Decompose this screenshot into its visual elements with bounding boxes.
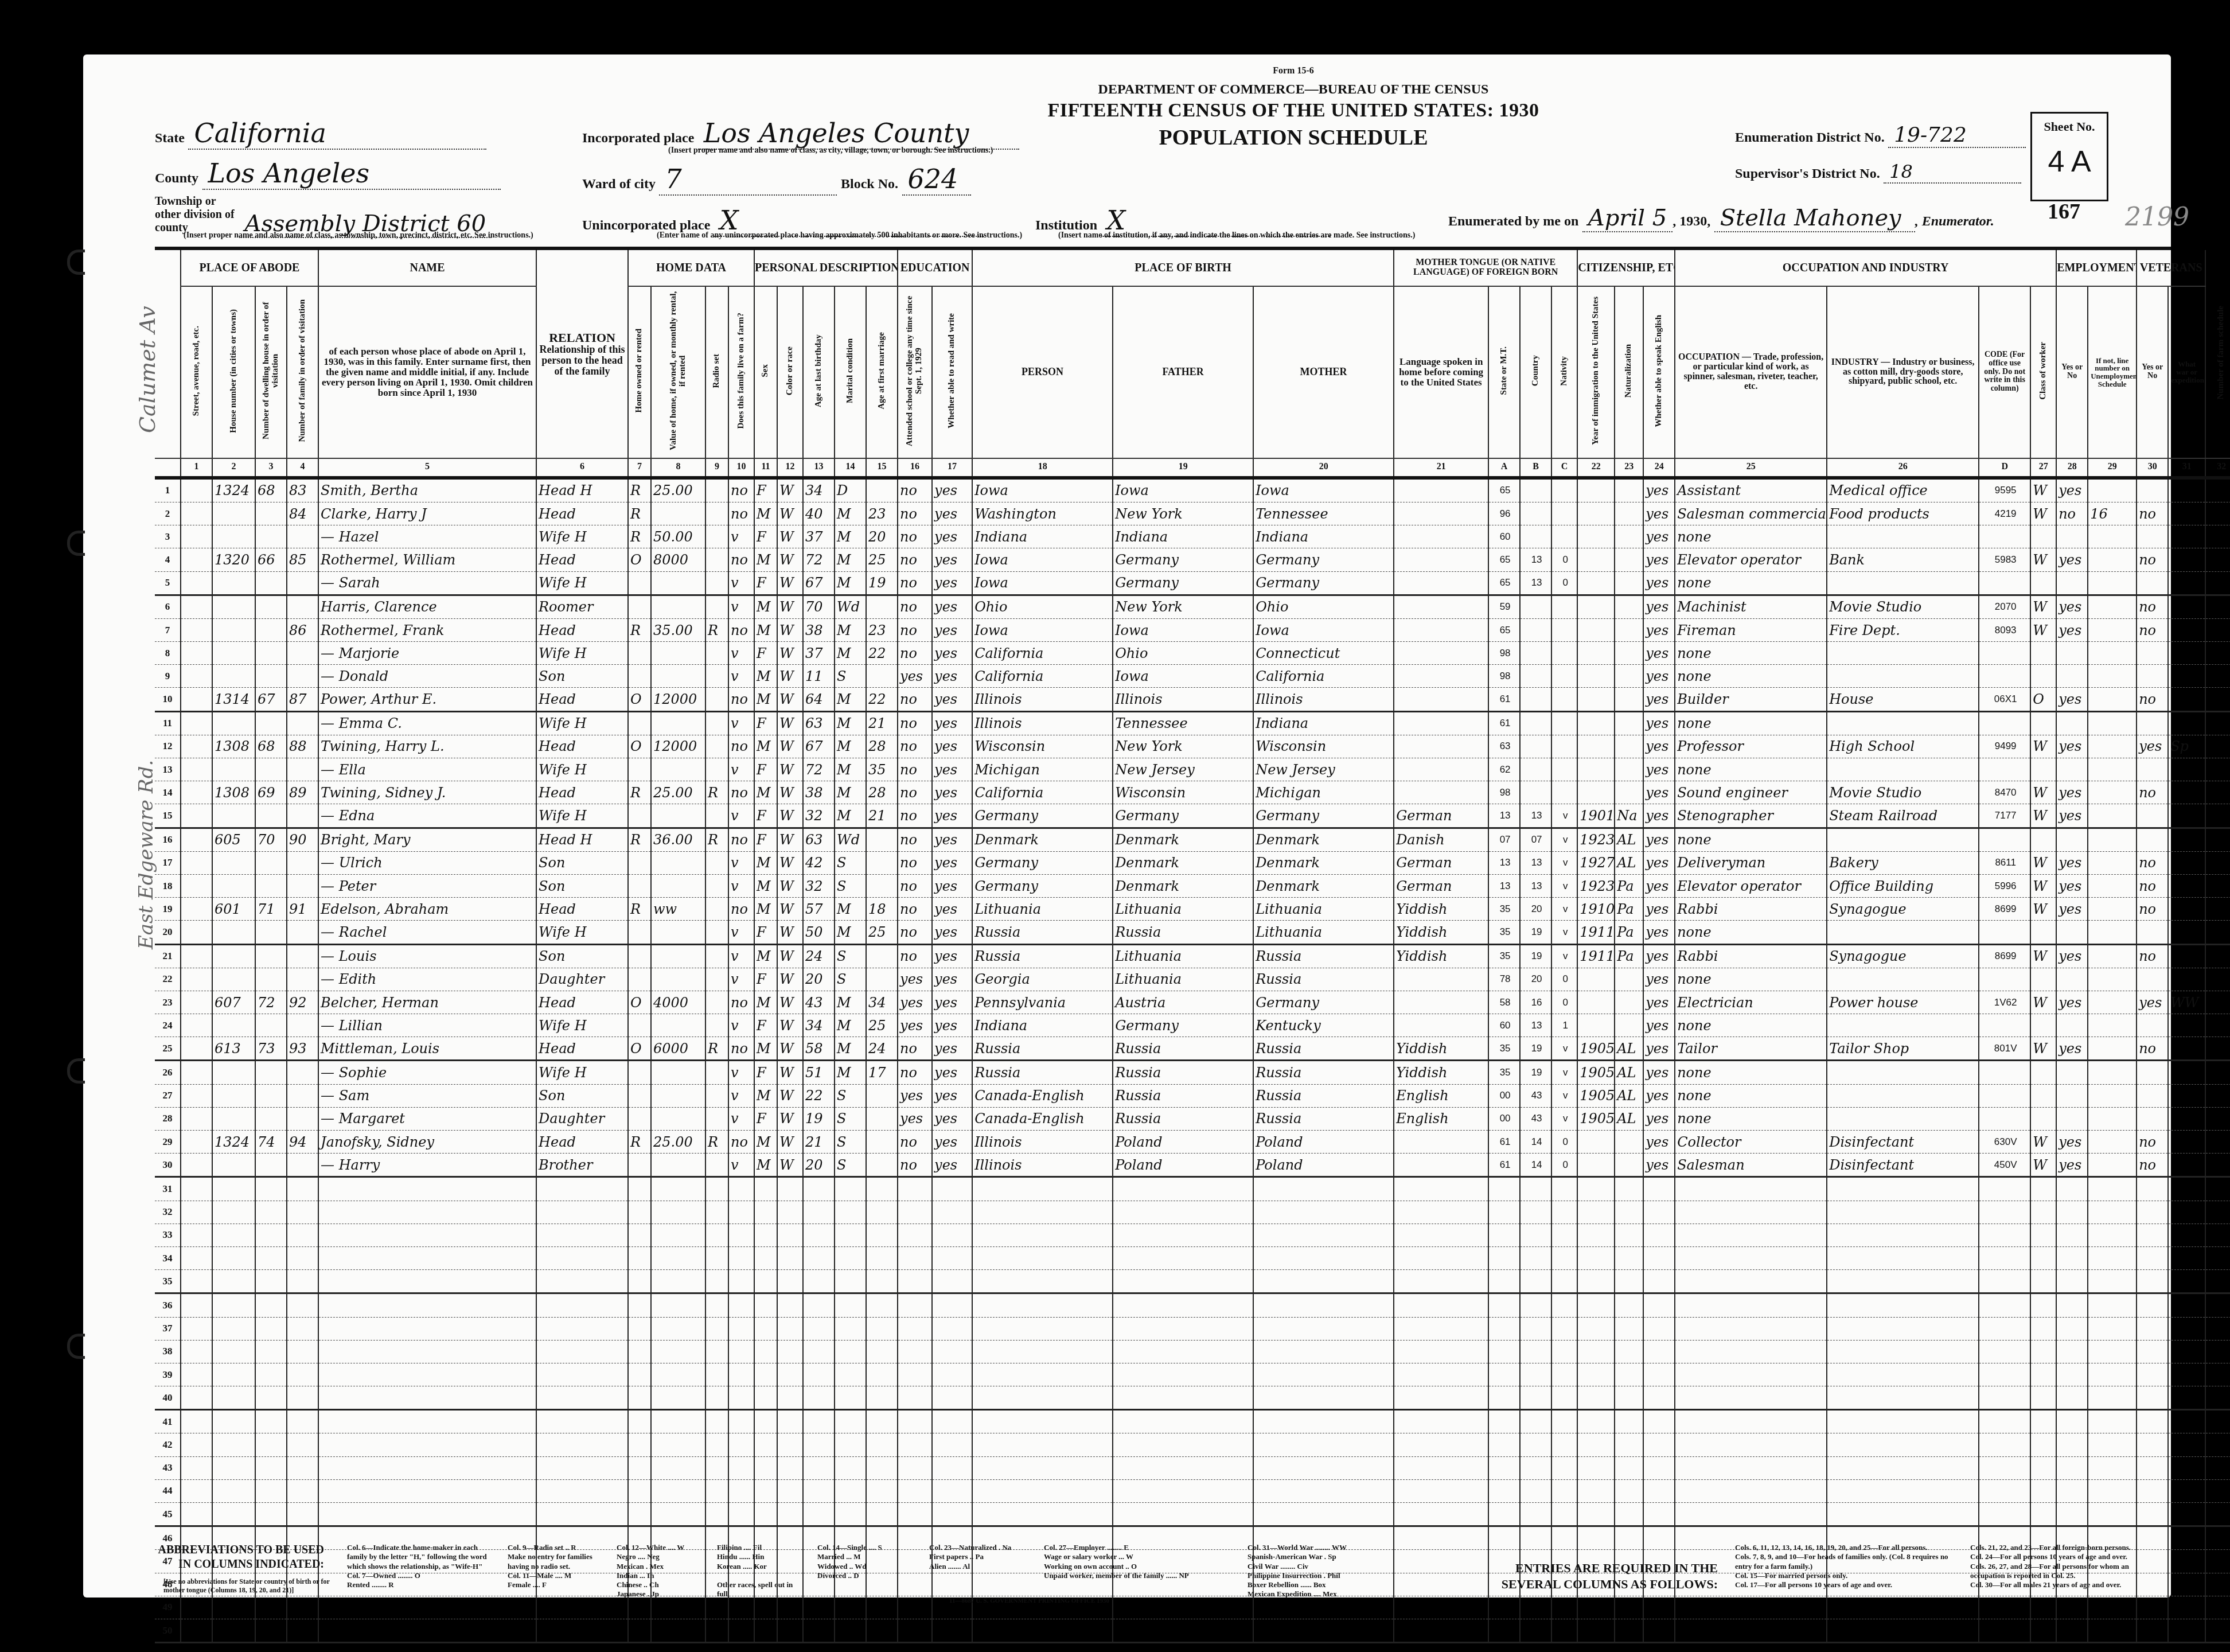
column-number: 18: [972, 458, 1113, 478]
empty-cell: [1675, 1177, 1827, 1201]
cell-imm: 1905: [1577, 1037, 1615, 1061]
cell-cD: [1979, 642, 2030, 665]
census-row: 6Harris, ClarenceRoomervMW70WdnoyesOhioN…: [155, 595, 2230, 618]
empty-cell: [536, 1479, 628, 1502]
empty-cell: [651, 1410, 705, 1433]
empty-cell: [1113, 1386, 1253, 1410]
cell-vet: no: [2137, 595, 2168, 618]
cell-lang: [1394, 1154, 1488, 1177]
cell-lang: [1394, 525, 1488, 548]
census-row: 26— SophieWife HvFW51M17noyesRussiaRussi…: [155, 1061, 2230, 1084]
column-number: 26: [1827, 458, 1979, 478]
cell-unemp: [2088, 1014, 2137, 1037]
cell-lang: English: [1394, 1084, 1488, 1107]
cell-bm: Michigan: [1253, 781, 1394, 804]
empty-cell: [705, 1270, 728, 1293]
cell-house: 1308: [212, 735, 255, 758]
cell-eng: yes: [1643, 921, 1675, 944]
cell-own: [628, 968, 651, 991]
empty-cell: [777, 1224, 803, 1246]
cell-cC: [1551, 758, 1577, 781]
empty-cell: [972, 1433, 1113, 1456]
cell-cB: 13: [1520, 571, 1551, 595]
cell-imm: [1577, 781, 1615, 804]
cell-agem: [866, 665, 898, 688]
cell-eng: yes: [1643, 1107, 1675, 1130]
cell-fs: [2205, 1084, 2230, 1107]
cell-house: [212, 502, 255, 525]
empty-cell: [835, 1246, 866, 1269]
cell-cB: 13: [1520, 1014, 1551, 1037]
cell-bf: Lithuania: [1113, 944, 1253, 968]
cell-bm: Russia: [1253, 1037, 1394, 1061]
cell-occ: Rabbi: [1675, 944, 1827, 968]
cell-rel: Wife H: [536, 525, 628, 548]
empty-cell: [777, 1293, 803, 1317]
cell-age: 72: [803, 548, 835, 571]
empty-cell: [651, 1224, 705, 1246]
empty-cell: [1394, 1410, 1488, 1433]
cell-st: [181, 478, 212, 502]
empty-cell: [2056, 1363, 2088, 1386]
cell-bp: Denmark: [972, 828, 1113, 851]
cell-war: [2168, 781, 2205, 804]
cell-house: 1324: [212, 1131, 255, 1154]
cell-own: R: [628, 898, 651, 921]
cell-dw: [255, 571, 287, 595]
empty-cell: [1394, 1317, 1488, 1340]
cell-cD: 9595: [1979, 478, 2030, 502]
empty-cell: [2137, 1340, 2168, 1363]
cell-fam: 94: [287, 1131, 318, 1154]
cell-st: [181, 688, 212, 711]
column-number: 17: [932, 458, 972, 478]
line-number: 40: [155, 1386, 181, 1410]
cell-cA: 60: [1488, 525, 1520, 548]
cell-own: [628, 1084, 651, 1107]
line-number: 19: [155, 898, 181, 921]
cell-ind: Synagogue: [1827, 898, 1979, 921]
empty-cell: [212, 1433, 255, 1456]
cell-fam: [287, 571, 318, 595]
census-row: 21— LouisSonvMW24SnoyesRussiaLithuaniaRu…: [155, 944, 2230, 968]
cell-val: [651, 1154, 705, 1177]
cell-ind: Movie Studio: [1827, 595, 1979, 618]
empty-cell: [2168, 1270, 2205, 1293]
empty-cell: [1551, 1410, 1577, 1433]
cell-war: WW: [2168, 991, 2205, 1014]
cell-radio: [705, 735, 728, 758]
cell-bf: Austria: [1113, 991, 1253, 1014]
column-number: 4: [287, 458, 318, 478]
cell-occ: Collector: [1675, 1131, 1827, 1154]
empty-cell: [1615, 1317, 1643, 1340]
empty-cell: [728, 1270, 754, 1293]
cell-rel: Head H: [536, 478, 628, 502]
cell-st: [181, 618, 212, 641]
empty-cell: [181, 1317, 212, 1340]
cell-occ: Stenographer: [1675, 804, 1827, 828]
empty-cell: [1643, 1340, 1675, 1363]
empty-cell: [1675, 1293, 1827, 1317]
cell-lang: [1394, 735, 1488, 758]
empty-cell: [866, 1246, 898, 1269]
cell-radio: [705, 1014, 728, 1037]
empty-cell: [972, 1456, 1113, 1479]
cell-war: [2168, 851, 2205, 874]
cell-house: [212, 1084, 255, 1107]
empty-cell: [2030, 1479, 2056, 1502]
column-number: 9: [705, 458, 728, 478]
cell-bp: Iowa: [972, 571, 1113, 595]
empty-cell: [835, 1619, 866, 1642]
empty-cell: [1551, 1246, 1577, 1269]
cell-age: 64: [803, 688, 835, 711]
cell-rel: Wife H: [536, 711, 628, 735]
cell-bp: Ohio: [972, 595, 1113, 618]
empty-cell: [1113, 1456, 1253, 1479]
empty-cell: [803, 1479, 835, 1502]
empty-cell: [536, 1293, 628, 1317]
cell-cD: 9499: [1979, 735, 2030, 758]
cell-cls: [2030, 1014, 2056, 1037]
cell-name: — Donald: [318, 665, 536, 688]
cell-house: [212, 944, 255, 968]
empty-cell: [1675, 1456, 1827, 1479]
cell-dw: [255, 804, 287, 828]
cell-own: R: [628, 781, 651, 804]
empty-cell: [1551, 1340, 1577, 1363]
cell-cls: W: [2030, 595, 2056, 618]
empty-cell: [2056, 1503, 2088, 1526]
cell-bf: Denmark: [1113, 828, 1253, 851]
empty-cell: [2088, 1503, 2137, 1526]
empty-cell: [2137, 1363, 2168, 1386]
empty-cell: [898, 1410, 932, 1433]
empty-cell: [705, 1363, 728, 1386]
cell-cD: 801V: [1979, 1037, 2030, 1061]
empty-cell: [932, 1386, 972, 1410]
cell-dw: [255, 968, 287, 991]
cell-cls: [2030, 828, 2056, 851]
cell-bp: Indiana: [972, 525, 1113, 548]
cell-farm: v: [728, 1014, 754, 1037]
cell-cC: [1551, 502, 1577, 525]
empty-cell: [318, 1246, 536, 1269]
cell-dw: 71: [255, 898, 287, 921]
cell-cB: [1520, 781, 1551, 804]
empty-cell: [1551, 1433, 1577, 1456]
cell-work: [2056, 1061, 2088, 1084]
cell-rw: yes: [932, 1084, 972, 1107]
empty-cell: [651, 1270, 705, 1293]
cell-rw: yes: [932, 1154, 972, 1177]
cell-occ: Sound engineer: [1675, 781, 1827, 804]
cell-fs: [2205, 1037, 2230, 1061]
empty-cell: [2205, 1340, 2230, 1363]
cell-vet: [2137, 711, 2168, 735]
empty-cell: [287, 1246, 318, 1269]
cell-bf: Russia: [1113, 921, 1253, 944]
empty-cell: [2030, 1386, 2056, 1410]
empty-cell: [2030, 1246, 2056, 1269]
empty-cell: [1979, 1433, 2030, 1456]
cell-race: W: [777, 944, 803, 968]
cell-bp: Illinois: [972, 1131, 1113, 1154]
pencil-annotation: 2199: [2125, 202, 2189, 232]
line-number: 30: [155, 1154, 181, 1177]
empty-cell: [2205, 1596, 2230, 1619]
county-value: Los Angeles: [202, 158, 501, 190]
empty-cell: [536, 1317, 628, 1340]
empty-cell: [866, 1503, 898, 1526]
cell-val: 25.00: [651, 478, 705, 502]
empty-cell: [1253, 1456, 1394, 1479]
cell-fs: [2205, 548, 2230, 571]
cell-agem: 28: [866, 781, 898, 804]
cell-occ: none: [1675, 525, 1827, 548]
empty-cell: [1615, 1201, 1643, 1224]
empty-cell: [754, 1479, 777, 1502]
empty-cell: [1113, 1177, 1253, 1201]
empty-cell: [2030, 1456, 2056, 1479]
cell-imm: [1577, 618, 1615, 641]
cell-eng: yes: [1643, 711, 1675, 735]
cell-val: 35.00: [651, 618, 705, 641]
cell-vet: [2137, 665, 2168, 688]
empty-cell: [536, 1456, 628, 1479]
cell-val: [651, 665, 705, 688]
cell-mar: S: [835, 944, 866, 968]
line-number: 34: [155, 1246, 181, 1269]
empty-cell: [835, 1201, 866, 1224]
cell-fam: [287, 711, 318, 735]
empty-cell: [628, 1201, 651, 1224]
empty-cell: [728, 1410, 754, 1433]
cell-name: Bright, Mary: [318, 828, 536, 851]
cell-age: 70: [803, 595, 835, 618]
cell-occ: none: [1675, 758, 1827, 781]
empty-cell: [287, 1177, 318, 1201]
census-row: 284Clarke, Harry JHeadRnoMW40M23noyesWas…: [155, 502, 2230, 525]
empty-cell: [2088, 1317, 2137, 1340]
empty-cell: [212, 1456, 255, 1479]
cell-cB: [1520, 758, 1551, 781]
cell-fs: [2205, 968, 2230, 991]
cell-eng: yes: [1643, 758, 1675, 781]
empty-cell: [2168, 1410, 2205, 1433]
cell-lang: English: [1394, 1107, 1488, 1130]
cell-race: W: [777, 898, 803, 921]
cell-war: [2168, 618, 2205, 641]
cell-rw: yes: [932, 618, 972, 641]
census-row: 28— MargaretDaughtervFW19SyesyesCanada-E…: [155, 1107, 2230, 1130]
empty-cell: [2056, 1410, 2088, 1433]
empty-cell: [1253, 1479, 1394, 1502]
cell-nat: Pa: [1615, 874, 1643, 897]
cell-eng: yes: [1643, 595, 1675, 618]
empty-cell: [1577, 1340, 1615, 1363]
column-number: 7: [628, 458, 651, 478]
cell-vet: no: [2137, 502, 2168, 525]
empty-cell: [1979, 1619, 2030, 1642]
cell-cB: 13: [1520, 874, 1551, 897]
cell-ind: Food products: [1827, 502, 1979, 525]
cell-bm: Germany: [1253, 991, 1394, 1014]
empty-cell: [2168, 1246, 2205, 1269]
cell-rel: Head: [536, 688, 628, 711]
empty-cell: [932, 1619, 972, 1642]
cell-val: [651, 1014, 705, 1037]
empty-cell: [1643, 1224, 1675, 1246]
cell-own: O: [628, 735, 651, 758]
cell-age: 50: [803, 921, 835, 944]
empty-cell: [1577, 1317, 1615, 1340]
cell-ind: Tailor Shop: [1827, 1037, 1979, 1061]
empty-cell: [1488, 1317, 1520, 1340]
empty-cell: [628, 1479, 651, 1502]
empty-cell: [1827, 1293, 1979, 1317]
cell-eng: yes: [1643, 991, 1675, 1014]
cell-cls: W: [2030, 991, 2056, 1014]
cell-fam: [287, 595, 318, 618]
line-number: 32: [155, 1201, 181, 1224]
cell-mar: S: [835, 1131, 866, 1154]
incorporated-field: Incorporated place Los Angeles County: [582, 118, 1019, 150]
empty-cell: [1577, 1201, 1615, 1224]
empty-cell: [803, 1224, 835, 1246]
cell-ind: Medical office: [1827, 478, 1979, 502]
cell-st: [181, 804, 212, 828]
cell-name: Edelson, Abraham: [318, 898, 536, 921]
cell-dw: 70: [255, 828, 287, 851]
cell-farm: v: [728, 525, 754, 548]
cell-st: [181, 1084, 212, 1107]
empty-cell: [1979, 1386, 2030, 1410]
empty-cell: [2056, 1433, 2088, 1456]
cell-unemp: [2088, 478, 2137, 502]
empty-cell: [2030, 1317, 2056, 1340]
cell-eng: yes: [1643, 828, 1675, 851]
cell-age: 63: [803, 828, 835, 851]
empty-cell: [1394, 1246, 1488, 1269]
cell-bm: Denmark: [1253, 851, 1394, 874]
cell-rw: yes: [932, 688, 972, 711]
cell-sex: M: [754, 851, 777, 874]
cell-bp: Illinois: [972, 688, 1113, 711]
empty-cell: [1615, 1293, 1643, 1317]
cell-bp: Germany: [972, 804, 1113, 828]
cell-dw: [255, 758, 287, 781]
census-row: 27— SamSonvMW22SyesyesCanada-EnglishRuss…: [155, 1084, 2230, 1107]
cell-war: [2168, 828, 2205, 851]
empty-cell: [932, 1503, 972, 1526]
cell-agem: 20: [866, 525, 898, 548]
cell-nat: [1615, 781, 1643, 804]
cell-sch: no: [898, 1131, 932, 1154]
empty-cell: [1488, 1619, 1520, 1642]
empty-cell: [1520, 1224, 1551, 1246]
cell-nat: AL: [1615, 851, 1643, 874]
cell-dw: [255, 944, 287, 968]
empty-cell: [1551, 1177, 1577, 1201]
cell-lang: [1394, 642, 1488, 665]
cell-lang: [1394, 548, 1488, 571]
empty-cell: [651, 1340, 705, 1363]
empty-cell: [2205, 1410, 2230, 1433]
empty-row: 43: [155, 1456, 2230, 1479]
cell-unemp: [2088, 968, 2137, 991]
cell-eng: yes: [1643, 548, 1675, 571]
empty-cell: [212, 1246, 255, 1269]
cell-bm: Poland: [1253, 1154, 1394, 1177]
empty-cell: [181, 1201, 212, 1224]
empty-row: 40: [155, 1386, 2230, 1410]
empty-cell: [1253, 1293, 1394, 1317]
census-row: 236077292Belcher, HermanHeadO4000noMW43M…: [155, 991, 2230, 1014]
cell-work: [2056, 525, 2088, 548]
column-number: 8: [651, 458, 705, 478]
cell-ind: [1827, 758, 1979, 781]
cell-lang: [1394, 571, 1488, 595]
cell-cB: 19: [1520, 944, 1551, 968]
cell-val: [651, 502, 705, 525]
cell-radio: [705, 665, 728, 688]
empty-cell: [1394, 1201, 1488, 1224]
empty-cell: [754, 1317, 777, 1340]
empty-cell: [2088, 1410, 2137, 1433]
cell-imm: [1577, 968, 1615, 991]
cell-cB: 13: [1520, 548, 1551, 571]
empty-cell: [1577, 1177, 1615, 1201]
empty-cell: [835, 1433, 866, 1456]
cell-sex: M: [754, 1154, 777, 1177]
cell-rel: Head: [536, 548, 628, 571]
empty-cell: [777, 1410, 803, 1433]
line-number: 3: [155, 525, 181, 548]
cell-rw: yes: [932, 711, 972, 735]
empty-cell: [1520, 1246, 1551, 1269]
empty-cell: [972, 1363, 1113, 1386]
cell-mar: S: [835, 851, 866, 874]
cell-name: Power, Arthur E.: [318, 688, 536, 711]
cell-bf: Ohio: [1113, 642, 1253, 665]
cell-own: [628, 1154, 651, 1177]
line-number: 10: [155, 688, 181, 711]
empty-cell: [1827, 1270, 1979, 1293]
cell-age: 57: [803, 898, 835, 921]
cell-eng: yes: [1643, 1014, 1675, 1037]
cell-agem: 21: [866, 804, 898, 828]
empty-cell: [181, 1270, 212, 1293]
cell-rel: Wife H: [536, 758, 628, 781]
empty-cell: [212, 1177, 255, 1201]
cell-agem: [866, 1131, 898, 1154]
census-row: 1013146787Power, Arthur E.HeadO12000noMW…: [155, 688, 2230, 711]
empty-cell: [1394, 1340, 1488, 1363]
cell-mar: S: [835, 1107, 866, 1130]
cell-sch: no: [898, 781, 932, 804]
cell-dw: [255, 642, 287, 665]
cell-cB: 16: [1520, 991, 1551, 1014]
cell-cB: 07: [1520, 828, 1551, 851]
cell-imm: [1577, 1131, 1615, 1154]
empty-row: 31: [155, 1177, 2230, 1201]
empty-cell: [651, 1293, 705, 1317]
cell-age: 34: [803, 478, 835, 502]
cell-cB: 14: [1520, 1131, 1551, 1154]
cell-eng: yes: [1643, 804, 1675, 828]
